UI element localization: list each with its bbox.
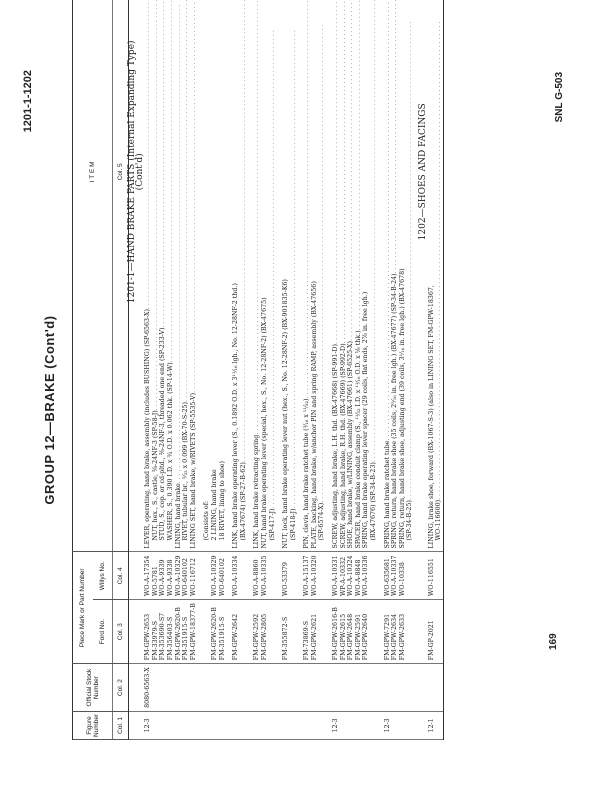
item-description-cell: SCREW, adjusting, hand brake, L.H. thd. … <box>332 0 340 552</box>
table-row: FM-351915-SWO-640102RIVET, tubular br., … <box>182 0 190 740</box>
stock-number-cell <box>240 664 248 712</box>
stock-number-cell <box>261 664 269 712</box>
figure-number-cell <box>203 711 211 739</box>
item-text: (SP-417-J) <box>269 509 277 541</box>
table-row: (SP-34-B-25)1 <box>406 0 414 740</box>
stock-number-cell <box>211 664 219 712</box>
item-description-cell: WO-116600) <box>435 0 443 552</box>
willys-part-number-cell <box>269 552 277 600</box>
item-description-cell: LINK, hand brake operating lever (S., 0.… <box>232 0 240 552</box>
ford-part-number-cell <box>406 600 414 664</box>
stock-number-cell <box>428 664 436 712</box>
header-item: I T E M <box>73 0 113 552</box>
table-row: FM-73869-SWO-A-15137PIN, clevis, hand br… <box>303 0 311 740</box>
page-number: 169 <box>548 633 559 650</box>
item-description-cell: RIVET, tubular br., ⁵⁄₃₂ x 0.099 (BX-70-… <box>182 0 190 552</box>
item-text: (SP-6574-X) <box>318 503 326 541</box>
ford-part-number-cell: FM-GPW-2621 <box>311 600 319 664</box>
ford-part-number-cell: FM-GPW-18377-B <box>190 600 198 664</box>
empty-cell <box>129 711 145 739</box>
willys-part-number-cell <box>370 552 378 600</box>
willys-part-number-cell: WO-116712 <box>190 552 198 600</box>
willys-part-number-cell <box>435 552 443 600</box>
stock-number-cell <box>406 664 414 712</box>
ford-part-number-cell: FM-GPW-2620-B <box>211 600 219 664</box>
item-description: NUT, hex., S., castle, ⅜-24NF-3 (SP-58-J… <box>152 0 160 548</box>
stock-number-cell <box>435 664 443 712</box>
figure-number-cell <box>355 711 363 739</box>
empty-cell <box>420 711 428 739</box>
item-description-cell: (BX-47676) (SP-34-B-23) <box>370 0 378 552</box>
table-row: FM-355872-SWO-53379NUT, lock, hand brake… <box>282 0 290 740</box>
ford-part-number-cell: FM-GPW-2591 <box>355 600 363 664</box>
item-text: PIN, clevis, hand brake ratchet tube (³⁄… <box>303 399 311 549</box>
item-text: LINING, brake shoe, forward (BX-1067-S-3… <box>428 285 436 548</box>
section-heading-row: 1201-1—HAND BRAKE PARTS (Internal Expand… <box>129 0 145 740</box>
leader-dots <box>175 0 183 483</box>
table-row: FM-GPW-2592WO-A-8860LINK, hand brake ret… <box>253 0 261 740</box>
willys-part-number-cell: WO-A-8848 <box>355 552 363 600</box>
table-row: (SP-417-J)1 <box>269 0 277 740</box>
item-text: NUT, hex., S., castle, ⅜-24NF-3 (SP-58-J… <box>152 410 160 540</box>
table-row: 12-38080-6563-XFM-GPW-2653WO-A-17354LEVE… <box>144 0 152 740</box>
figure-number-cell <box>370 711 378 739</box>
empty-cell <box>420 664 428 712</box>
willys-part-number-cell <box>406 552 414 600</box>
table-row: FM-GPW-2615WP-A-10332SCREW, adjusting, h… <box>340 0 348 740</box>
col-number-1: Col. 1 <box>113 711 129 739</box>
stock-number-cell <box>399 664 407 712</box>
item-description-cell: STUD, S., cop. or cd-pltd., ⅜-24NF-3, th… <box>159 0 167 552</box>
item-text: SPRING, return, hand brake shoe (35 coil… <box>391 274 399 549</box>
item-description-cell: WASHER, S., 0.390 I.D. x ¾ O.D. x 0.062 … <box>167 0 175 552</box>
item-description-cell: (SP-34-B-25) <box>406 0 414 552</box>
leader-dots <box>253 0 261 435</box>
item-text: LINING, hand brake <box>175 483 183 548</box>
item-description-cell: (BX-47674) (SP-27-B-62) <box>240 0 248 552</box>
ford-part-number-cell: FM-GPW-7291 <box>384 600 392 664</box>
ford-part-number-cell: FM-356403-S <box>167 600 175 664</box>
item-description-cell: (SP-418-J) <box>290 0 298 552</box>
item-description: (BX-47676) (SP-34-B-23) <box>370 0 378 548</box>
willys-part-number-cell: WO-A-9338 <box>167 552 175 600</box>
stock-number-cell <box>340 664 348 712</box>
item-description: LINK, hand brake operating lever (S., 0.… <box>232 0 240 548</box>
table-row: WO-116600)4 <box>435 0 443 740</box>
willys-part-number-cell: WO-53379 <box>282 552 290 600</box>
table-row: FM-GPW-2648WO-A-10324SHOE, hand brake, w… <box>347 0 355 740</box>
leader-dots <box>269 0 277 509</box>
item-description: LINING, brake shoe, forward (BX-1067-S-3… <box>428 0 436 548</box>
item-text: LEVER, operating, hand brake, assembly (… <box>144 309 152 548</box>
section-heading: 1202—SHOES AND FACINGS <box>420 0 428 552</box>
willys-part-number-cell: WO-5781 <box>152 552 160 600</box>
leader-dots <box>355 0 363 330</box>
item-description-cell: (Consists of: <box>203 0 211 552</box>
item-description-cell: LINK, hand brake retracting spring <box>253 0 261 552</box>
table-row: FM-GPW-2621WO-A-10320PLATE, backing, han… <box>311 0 319 740</box>
item-text: SPRING, return, hand brake shoe, adjusti… <box>399 268 407 548</box>
ford-part-number-cell <box>370 600 378 664</box>
willys-part-number-cell: WO-A-10334 <box>232 552 240 600</box>
empty-cell <box>129 600 145 664</box>
figure-number-cell <box>175 711 183 739</box>
table-row: (SP-418-J)1 <box>290 0 298 740</box>
item-description-cell: SCREW, adjusting, hand brake, R.H. thd. … <box>340 0 348 552</box>
leader-dots <box>190 0 198 393</box>
header-willys-no: Willys No. <box>93 552 113 600</box>
item-description: SPRING, hand brake operating lever space… <box>362 0 370 548</box>
leader-dots <box>347 0 355 341</box>
item-description-cell: SHOE, hand brake, w/LINING, assembly (BX… <box>347 0 355 552</box>
header-piece-mark: Piece Mark or Part Number <box>73 552 93 664</box>
item-description: LINING, hand brake <box>175 0 183 548</box>
stock-number-cell <box>159 664 167 712</box>
willys-part-number-cell: WO-A-15137 <box>303 552 311 600</box>
ford-part-number-cell <box>240 600 248 664</box>
table-row: FM-GPW-2591WO-A-8848SPACER, hand brake c… <box>355 0 363 740</box>
table-row: (SP-6574-X)1 <box>318 0 326 740</box>
item-description: (SP-34-B-25) <box>406 0 414 548</box>
leader-dots <box>240 0 248 462</box>
figure-number-cell <box>282 711 290 739</box>
col-number-4: Col. 4 <box>113 552 129 600</box>
item-description: LINING SET, hand brake, w/RIVETS (SP-553… <box>190 0 198 548</box>
table-row: FM-GPW-2805WO-A-10335NUT, hand brake ope… <box>261 0 269 740</box>
ford-part-number-cell <box>290 600 298 664</box>
figure-number-cell <box>362 711 370 739</box>
willys-part-number-cell: WO-640102 <box>182 552 190 600</box>
willys-part-number-cell: WP-A-10332 <box>340 552 348 600</box>
ford-part-number-cell: FM-GPW-2634 <box>391 600 399 664</box>
stock-number-cell <box>311 664 319 712</box>
item-description: STUD, S., cop. or cd-pltd., ⅜-24NF-3, th… <box>159 0 167 548</box>
item-description: (Consists of: <box>203 0 211 548</box>
item-description-cell: PIN, clevis, hand brake ratchet tube (³⁄… <box>303 0 311 552</box>
table-row: 12-3FM-GPW-7291WO-635681SPRING, hand bra… <box>384 0 392 740</box>
section-subtitle: (Cont'd) <box>137 0 145 548</box>
stock-number-cell <box>152 664 160 712</box>
ford-part-number-cell: FM-GPW-2642 <box>232 600 240 664</box>
ford-part-number-cell: FM-GP-2021 <box>428 600 436 664</box>
ford-part-number-cell: FM-73869-S <box>303 600 311 664</box>
item-description-cell: SPRING, hand brake ratchet tube <box>384 0 392 552</box>
item-description: SPRING, return, hand brake shoe (35 coil… <box>391 0 399 548</box>
item-text: NUT, hand brake operating lever (special… <box>261 297 269 548</box>
leader-dots <box>384 0 392 441</box>
item-description-cell: SPRING, return, hand brake shoe (35 coil… <box>391 0 399 552</box>
ford-part-number-cell: FM-GPW-2633 <box>399 600 407 664</box>
stock-number-cell <box>175 664 183 712</box>
stock-number-cell <box>370 664 378 712</box>
table-row: FM-GPW-2634WO-A-10337SPRING, return, han… <box>391 0 399 740</box>
ford-part-number-cell: FM-GPW-2640 <box>362 600 370 664</box>
stock-number-cell <box>203 664 211 712</box>
item-text: (Consists of: <box>203 501 211 541</box>
figure-number-cell <box>190 711 198 739</box>
stock-number-cell <box>190 664 198 712</box>
item-description: RIVET, tubular br., ⁵⁄₃₂ x 0.099 (BX-70-… <box>182 0 190 548</box>
item-text: RIVET, tubular br., ⁵⁄₃₂ x 0.099 (BX-70-… <box>182 402 190 540</box>
table-row: FM-GPW-18377-BWO-116712LINING SET, hand … <box>190 0 198 740</box>
ford-part-number-cell: FM-GPW-2648 <box>347 600 355 664</box>
willys-part-number-cell: WO-A-10324 <box>347 552 355 600</box>
stock-number-cell <box>269 664 277 712</box>
figure-number-cell <box>182 711 190 739</box>
empty-cell <box>129 664 145 712</box>
item-description: SPRING, hand brake ratchet tube <box>384 0 392 548</box>
ford-part-number-cell: FM-GPW-2616-B <box>332 600 340 664</box>
item-description-cell: 2 LINING, hand brake <box>211 0 219 552</box>
ford-part-number-cell <box>269 600 277 664</box>
table-row: FM-33979-SWO-5781NUT, hex., S., castle, … <box>152 0 160 740</box>
item-description: NUT, lock, hand brake operating lever nu… <box>282 0 290 548</box>
table-row: FM-351915-SWO-64010218 RIVET, lining to … <box>219 0 227 740</box>
leader-dots <box>152 0 160 410</box>
figure-number-cell <box>152 711 160 739</box>
stock-number-cell <box>219 664 227 712</box>
willys-part-number-cell: WO-A-10320 <box>311 552 319 600</box>
table-row: FM-353690-S7WO-A-9339STUD, S., cop. or c… <box>159 0 167 740</box>
willys-part-number-cell: WO-640102 <box>219 552 227 600</box>
item-text: STUD, S., cop. or cd-pltd., ⅜-24NF-3, th… <box>159 328 167 541</box>
item-text: (BX-47674) (SP-27-B-62) <box>240 462 248 540</box>
figure-number-cell <box>211 711 219 739</box>
item-description: (SP-6574-X) <box>318 0 326 548</box>
stock-number-cell <box>232 664 240 712</box>
item-description-cell: SPACER, hand brake conduit clamp (S., ¹¹… <box>355 0 363 552</box>
item-description-cell: LINING, hand brake <box>175 0 183 552</box>
item-description: PLATE, backing, hand brake, w/anchor PIN… <box>311 0 319 548</box>
willys-part-number-cell: WO-116551 <box>428 552 436 600</box>
empty-cell <box>129 552 145 600</box>
ford-part-number-cell <box>318 600 326 664</box>
item-description: 18 RIVET, lining to shoe) <box>219 0 227 548</box>
item-text: (SP-418-J) <box>290 509 298 541</box>
item-description: WASHER, S., 0.390 I.D. x ¾ O.D. x 0.062 … <box>167 0 175 548</box>
leader-dots <box>159 0 167 328</box>
willys-part-number-cell: WO-A-9339 <box>159 552 167 600</box>
section-heading-row: 1202—SHOES AND FACINGS <box>420 0 428 740</box>
item-description-cell: LEVER, operating, hand brake, assembly (… <box>144 0 152 552</box>
item-description-cell: LINING, brake shoe, forward (BX-1067-S-3… <box>428 0 436 552</box>
leader-dots <box>144 0 152 309</box>
willys-part-number-cell: WO-A-10335 <box>261 552 269 600</box>
table-row: FM-GPW-2633WO-10338SPRING, return, hand … <box>399 0 407 740</box>
willys-part-number-cell <box>203 552 211 600</box>
item-description-cell: 18 RIVET, lining to shoe) <box>219 0 227 552</box>
item-description-cell: PLATE, backing, hand brake, w/anchor PIN… <box>311 0 319 552</box>
item-description: 2 LINING, hand brake <box>211 0 219 548</box>
item-description-cell: NUT, lock, hand brake operating lever nu… <box>282 0 290 552</box>
figure-number-cell <box>219 711 227 739</box>
item-text: SCREW, adjusting, hand brake, L.H. thd. … <box>332 344 340 548</box>
table-row: FM-356403-SWO-A-9338WASHER, S., 0.390 I.… <box>167 0 175 740</box>
figure-number-cell <box>232 711 240 739</box>
ford-part-number-cell: FM-GPW-2805 <box>261 600 269 664</box>
item-description: SPRING, return, hand brake shoe, adjusti… <box>399 0 407 548</box>
leader-dots <box>332 0 340 344</box>
table-row: FM-GPW-2620-BWO-A-10329LINING, hand brak… <box>175 0 183 740</box>
group-title: GROUP 12—BRAKE (Cont'd) <box>42 80 57 740</box>
willys-part-number-cell: WO-A-10329 <box>211 552 219 600</box>
item-text: SPACER, hand brake conduit clamp (S., ¹¹… <box>355 330 363 548</box>
willys-part-number-cell: WO-A-10331 <box>332 552 340 600</box>
ford-part-number-cell: FM-351915-S <box>219 600 227 664</box>
item-text: PLATE, backing, hand brake, w/anchor PIN… <box>311 281 319 548</box>
willys-part-number-cell: WO-A-8860 <box>253 552 261 600</box>
section-title: 1202—SHOES AND FACINGS <box>420 0 428 548</box>
figure-number-cell: 12-1 <box>428 711 436 739</box>
section-heading: 1201-1—HAND BRAKE PARTS (Internal Expand… <box>129 0 145 552</box>
figure-number-cell <box>435 711 443 739</box>
figure-number-cell <box>167 711 175 739</box>
item-text: SPRING, hand brake operating lever space… <box>362 292 370 549</box>
item-text: WO-116600) <box>435 500 443 541</box>
leader-dots <box>167 0 175 362</box>
figure-number-cell <box>240 711 248 739</box>
table-row: (BX-47676) (SP-34-B-23)1 <box>370 0 378 740</box>
empty-cell <box>420 600 428 664</box>
figure-number-cell <box>303 711 311 739</box>
item-description-cell: (SP-417-J) <box>269 0 277 552</box>
table-row: 12-3FM-GPW-2616-BWO-A-10331SCREW, adjust… <box>332 0 340 740</box>
willys-part-number-cell <box>240 552 248 600</box>
stock-number-cell <box>282 664 290 712</box>
ford-part-number-cell: FM-GPW-2592 <box>253 600 261 664</box>
figure-number-cell <box>253 711 261 739</box>
figure-number-cell <box>391 711 399 739</box>
stock-number-cell <box>253 664 261 712</box>
item-description: NUT, hand brake operating lever (special… <box>261 0 269 548</box>
item-description: PIN, clevis, hand brake ratchet tube (³⁄… <box>303 0 311 548</box>
item-description-cell: NUT, hand brake operating lever (special… <box>261 0 269 552</box>
item-description: SPACER, hand brake conduit clamp (S., ¹¹… <box>355 0 363 548</box>
item-description: WO-116600) <box>435 0 443 548</box>
table-row: FM-GPW-2640WO-A-10336SPRING, hand brake … <box>362 0 370 740</box>
header-figure-number: Figure Number <box>73 711 113 739</box>
col-number-3: Col. 3 <box>113 600 129 664</box>
figure-number-cell: 12-3 <box>332 711 340 739</box>
item-description: (SP-417-J) <box>269 0 277 548</box>
figure-number-cell <box>290 711 298 739</box>
item-text: SPRING, hand brake ratchet tube <box>384 441 392 549</box>
figure-number-cell: 12-3 <box>144 711 152 739</box>
ford-part-number-cell: FM-351915-S <box>182 600 190 664</box>
leader-dots <box>391 0 399 274</box>
willys-part-number-cell: WO-A-17354 <box>144 552 152 600</box>
stock-number-cell <box>384 664 392 712</box>
figure-number-cell <box>269 711 277 739</box>
parts-table: Figure Number Official Stock Number Piec… <box>72 0 444 740</box>
header-official-stock-number: Official Stock Number <box>73 664 113 712</box>
item-text: LINK, hand brake retracting spring <box>253 435 261 549</box>
leader-dots <box>318 0 326 503</box>
item-description: (SP-418-J) <box>290 0 298 548</box>
item-description-cell: LINING SET, hand brake, w/RIVETS (SP-553… <box>190 0 198 552</box>
willys-part-number-cell: WO-635681 <box>384 552 392 600</box>
table-row: (Consists of: <box>203 0 211 740</box>
stock-number-cell <box>347 664 355 712</box>
ford-part-number-cell: FM-353690-S7 <box>159 600 167 664</box>
item-description-cell: SPRING, return, hand brake shoe, adjusti… <box>399 0 407 552</box>
table-row: (BX-47674) (SP-27-B-62)1 <box>240 0 248 740</box>
item-description: (BX-47674) (SP-27-B-62) <box>240 0 248 548</box>
item-description: LINK, hand brake retracting spring <box>253 0 261 548</box>
empty-cell <box>420 552 428 600</box>
item-description: LEVER, operating, hand brake, assembly (… <box>144 0 152 548</box>
figure-number-cell <box>318 711 326 739</box>
figure-number-cell <box>340 711 348 739</box>
leader-dots <box>303 0 311 399</box>
table-row: FM-GPW-2642WO-A-10334LINK, hand brake op… <box>232 0 240 740</box>
section-code: 1201-1-1202 <box>22 70 34 132</box>
willys-part-number-cell: WO-A-10337 <box>391 552 399 600</box>
col-number-2: Col. 2 <box>113 664 129 712</box>
leader-dots <box>290 0 298 509</box>
stock-number-cell <box>355 664 363 712</box>
ford-part-number-cell: FM-GPW-2615 <box>340 600 348 664</box>
rotated-document-page: 1201-1-1202 GROUP 12—BRAKE (Cont'd) Figu… <box>72 80 542 740</box>
item-text: (BX-47676) (SP-34-B-23) <box>370 462 378 540</box>
ford-part-number-cell <box>203 600 211 664</box>
figure-number-cell <box>399 711 407 739</box>
willys-part-number-cell: WO-A-10336 <box>362 552 370 600</box>
figure-number-cell <box>311 711 319 739</box>
item-description: SHOE, hand brake, w/LINING, assembly (BX… <box>347 0 355 548</box>
stock-number-cell <box>290 664 298 712</box>
item-text: NUT, lock, hand brake operating lever nu… <box>282 279 290 548</box>
item-text: WASHER, S., 0.390 I.D. x ¾ O.D. x 0.062 … <box>167 362 175 540</box>
willys-part-number-cell: WO-A-10329 <box>175 552 183 600</box>
table-row: FM-GPW-2620-BWO-A-103292 LINING, hand br… <box>211 0 219 740</box>
header-ford-no: Ford No. <box>93 600 113 664</box>
figure-number-cell <box>159 711 167 739</box>
figure-number-cell: 12-3 <box>384 711 392 739</box>
stock-number-cell: 8080-6563-X <box>144 664 152 712</box>
table-row: 12-1FM-GP-2021WO-116551LINING, brake sho… <box>428 0 436 740</box>
ford-part-number-cell: FM-355872-S <box>282 600 290 664</box>
item-description: SCREW, adjusting, hand brake, L.H. thd. … <box>332 0 340 548</box>
willys-part-number-cell <box>290 552 298 600</box>
ford-part-number-cell: FM-GPW-2620-B <box>175 600 183 664</box>
leader-dots <box>182 0 190 402</box>
stock-number-cell <box>332 664 340 712</box>
item-text: SCREW, adjusting, hand brake, R.H. thd. … <box>340 343 348 548</box>
stock-number-cell <box>362 664 370 712</box>
stock-number-cell <box>391 664 399 712</box>
section-title: 1201-1—HAND BRAKE PARTS (Internal Expand… <box>129 0 137 548</box>
item-text: LINK, hand brake operating lever (S., 0.… <box>232 283 240 548</box>
stock-number-cell <box>167 664 175 712</box>
willys-part-number-cell: WO-10338 <box>399 552 407 600</box>
ford-part-number-cell: FM-GPW-2653 <box>144 600 152 664</box>
leader-dots <box>435 0 443 500</box>
item-text: 18 RIVET, lining to shoe) <box>219 461 227 540</box>
ford-part-number-cell <box>435 600 443 664</box>
willys-part-number-cell <box>318 552 326 600</box>
item-text: SHOE, hand brake, w/LINING, assembly (BX… <box>347 341 355 548</box>
stock-number-cell <box>303 664 311 712</box>
item-text: 2 LINING, hand brake <box>211 469 219 540</box>
figure-number-cell <box>347 711 355 739</box>
figure-number-cell <box>406 711 414 739</box>
item-text: LINING SET, hand brake, w/RIVETS (SP-553… <box>190 393 198 549</box>
stock-number-cell <box>318 664 326 712</box>
item-description-cell: NUT, hex., S., castle, ⅜-24NF-3 (SP-58-J… <box>152 0 160 552</box>
item-description-cell: SPRING, hand brake operating lever space… <box>362 0 370 552</box>
item-description: SCREW, adjusting, hand brake, R.H. thd. … <box>340 0 348 548</box>
